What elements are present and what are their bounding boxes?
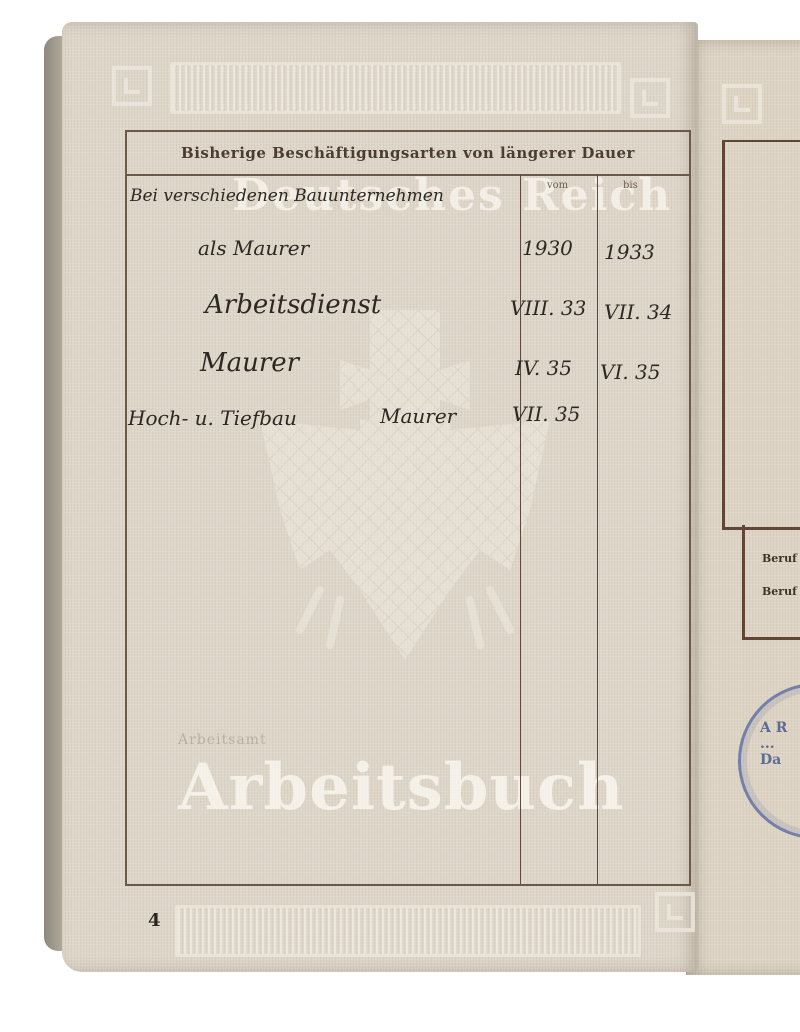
column-divider-to (597, 174, 598, 884)
stamp-fragment-text: A R ... Da (760, 720, 800, 768)
entry-3-from: IV. 35 (515, 356, 572, 380)
entry-3-occupation: Maurer (200, 348, 299, 378)
page-number: 4 (148, 910, 161, 931)
top-border-band (170, 62, 621, 114)
table-header: Bisherige Beschäftigungsarten von länger… (127, 132, 689, 176)
right-page-box-upper (722, 140, 800, 530)
entry-4-occupation-line1: Hoch- u. Tiefbau (128, 406, 297, 430)
entry-4-from: VII. 35 (512, 402, 580, 426)
top-left-ornament (112, 66, 152, 106)
entry-2-from: VIII. 33 (510, 296, 586, 320)
top-right-ornament (630, 78, 670, 118)
right-page-label-beruf-1: Beruf (762, 552, 797, 565)
entry-2-occupation: Arbeitsdienst (205, 290, 381, 320)
bottom-right-ornament (655, 892, 695, 932)
column-header-to: bis (623, 180, 638, 191)
entry-4-occupation-line2: Maurer (380, 404, 456, 428)
column-divider-from (520, 174, 521, 884)
entry-1-occupation-line2: als Maurer (198, 236, 309, 260)
entry-1-to: 1933 (604, 240, 655, 264)
bottom-border-band (175, 905, 641, 957)
right-page-top-ornament (722, 84, 762, 124)
entry-1-occupation-line1: Bei verschiedenen Bauunternehmen (130, 186, 444, 206)
right-page-box-lower (742, 525, 800, 640)
right-page-label-beruf-2: Beruf (762, 585, 797, 598)
column-header-from: vom (547, 180, 568, 191)
entry-2-to: VII. 34 (604, 300, 672, 324)
entry-1-from: 1930 (522, 236, 573, 260)
entry-3-to: VI. 35 (600, 360, 661, 384)
